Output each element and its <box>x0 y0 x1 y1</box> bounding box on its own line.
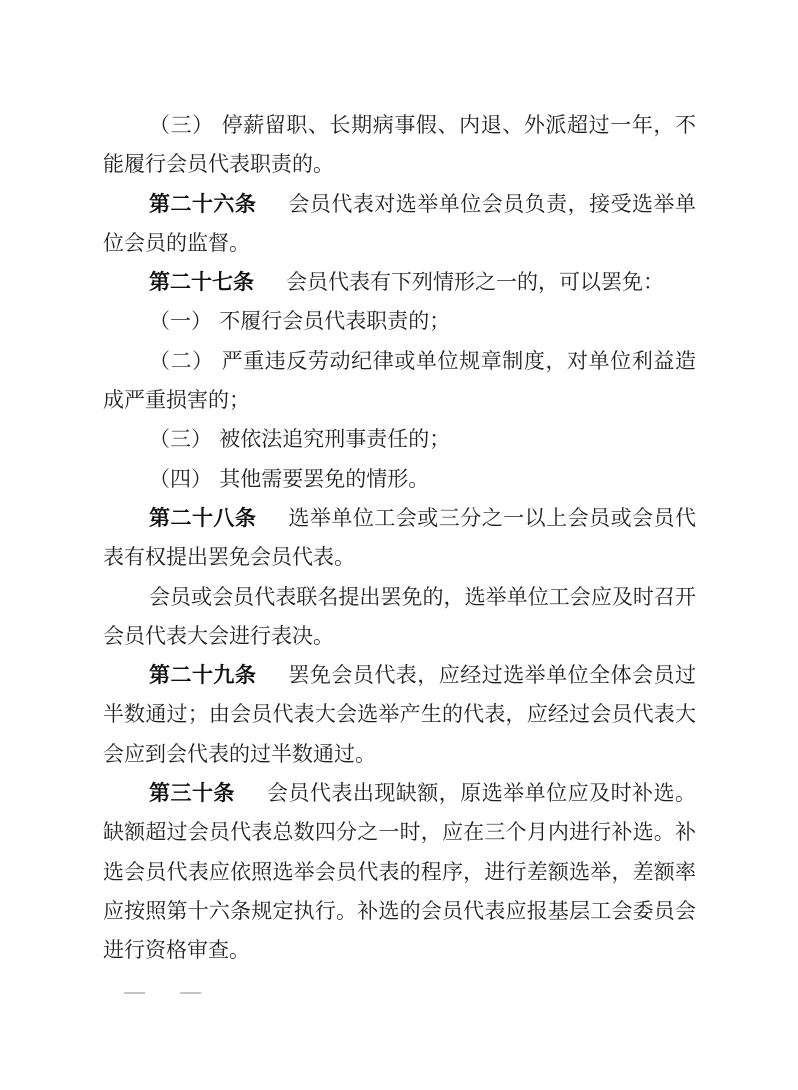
paragraph: （一） 不履行会员代表职责的； <box>103 302 696 341</box>
article-number: 第二十六条 <box>149 192 256 216</box>
paragraph-text: （四） 其他需要罢免的情形。 <box>149 467 429 491</box>
article-number: 第二十八条 <box>149 506 256 530</box>
paragraph: （二） 严重违反劳动纪律或单位规章制度，对单位利益造成严重损害的； <box>103 342 696 421</box>
paragraph: （四） 其他需要罢免的情形。 <box>103 460 696 499</box>
paragraph: （三） 停薪留职、长期病事假、内退、外派超过一年，不能履行会员代表职责的。 <box>103 106 696 185</box>
article-paragraph: 第二十六条会员代表对选举单位会员负责，接受选举单位会员的监督。 <box>103 185 696 264</box>
paragraph-text: （一） 不履行会员代表职责的； <box>149 309 450 333</box>
article-paragraph: 第二十七条会员代表有下列情形之一的，可以罢免： <box>103 263 696 302</box>
paragraph-text: （三） 被依法追究刑事责任的； <box>149 427 450 451</box>
article-number: 第二十七条 <box>149 270 254 294</box>
paragraph-text: 会员代表有下列情形之一的，可以罢免： <box>286 270 664 294</box>
paragraph-text: 会员或会员代表联名提出罢免的，选举单位工会应及时召开会员代表大会进行表决。 <box>103 585 696 648</box>
document-body: （三） 停薪留职、长期病事假、内退、外派超过一年，不能履行会员代表职责的。 第二… <box>103 106 696 971</box>
paragraph: （三） 被依法追究刑事责任的； <box>103 420 696 459</box>
page-footer-dashes: — — <box>124 981 201 1002</box>
paragraph: 会员或会员代表联名提出罢免的，选举单位工会应及时召开会员代表大会进行表决。 <box>103 578 696 657</box>
article-number: 第三十条 <box>149 781 235 805</box>
article-paragraph: 第二十八条选举单位工会或三分之一以上会员或会员代表有权提出罢免会员代表。 <box>103 499 696 578</box>
document-page: （三） 停薪留职、长期病事假、内退、外派超过一年，不能履行会员代表职责的。 第二… <box>0 0 798 1090</box>
paragraph-text: 会员代表出现缺额，原选举单位应及时补选。缺额超过会员代表总数四分之一时，应在三个… <box>103 781 696 962</box>
article-paragraph: 第二十九条罢免会员代表，应经过选举单位全体会员过半数通过；由会员代表大会选举产生… <box>103 656 696 774</box>
article-number: 第二十九条 <box>149 663 256 687</box>
paragraph-text: （二） 严重违反劳动纪律或单位规章制度，对单位利益造成严重损害的； <box>103 349 696 412</box>
paragraph-text: （三） 停薪留职、长期病事假、内退、外派超过一年，不能履行会员代表职责的。 <box>103 113 696 176</box>
article-paragraph: 第三十条会员代表出现缺额，原选举单位应及时补选。缺额超过会员代表总数四分之一时，… <box>103 774 696 970</box>
